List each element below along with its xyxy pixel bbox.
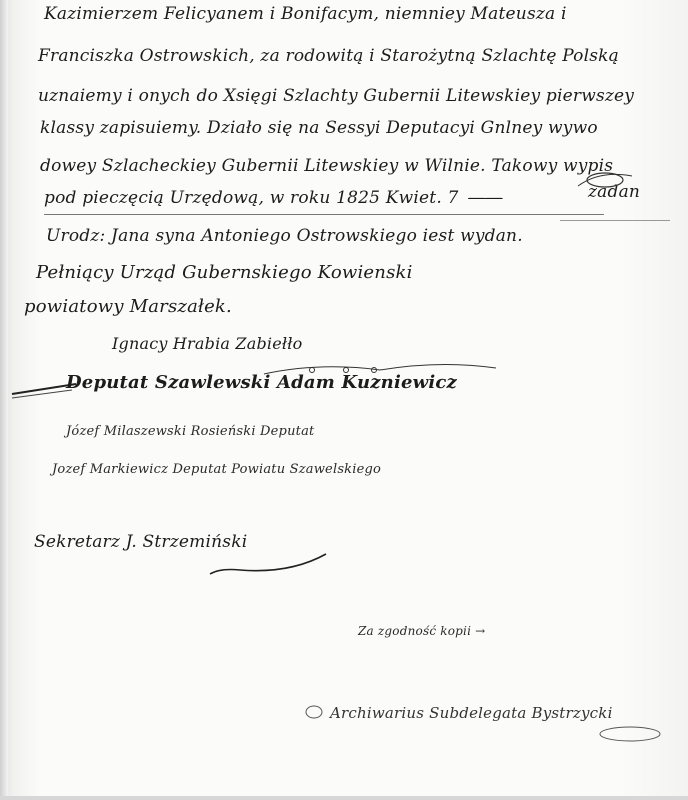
body-line-7: Urodz: Jana syna Antoniego Ostrowskiego … [46, 226, 523, 246]
body-line-6: pod pieczęcią Urzędową, w roku 1825 Kwie… [44, 188, 503, 208]
flourish-loop-icon [570, 168, 640, 192]
divider-rule [44, 214, 604, 215]
seal-circle-icon [300, 700, 330, 724]
body-line-9: powiatowy Marszałek. [24, 296, 232, 317]
date-line: pod pieczęcią Urzędową, w roku 1825 Kwie… [44, 188, 459, 208]
scan-edge-left [0, 0, 8, 800]
annotation-note: Za zgodność kopii → [358, 624, 485, 638]
final-signature: Archiwarius Subdelegata Bystrzycki [330, 704, 613, 722]
signature-underline-icon [200, 548, 330, 578]
document-page: Kazimierzem Felicyanem i Bonifacym, niem… [0, 0, 688, 800]
body-line-3: uznaiemy i onych do Xsięgi Szlachty Gube… [38, 86, 634, 106]
struck-text: —— [468, 188, 502, 208]
signature-milaszewski: Józef Milaszewski Rosieński Deputat [66, 424, 314, 439]
body-line-8: Pełniący Urząd Gubernskiego Kowienski [36, 262, 413, 283]
body-line-2: Franciszka Ostrowskich, za rodowitą i St… [38, 46, 619, 66]
body-line-5: dowey Szlacheckiey Gubernii Litewskiey w… [40, 156, 613, 176]
divider-rule-short [560, 220, 670, 221]
signature-markiewicz: Jozef Markiewicz Deputat Powiatu Szawels… [52, 462, 381, 477]
final-flourish-icon [590, 722, 670, 746]
body-line-1: Kazimierzem Felicyanem i Bonifacym, niem… [44, 4, 567, 24]
scan-edge-bottom [0, 796, 688, 800]
signature-deputat-kuzniewicz: Deputat Szawlewski Adam Kuzniewicz [66, 372, 457, 393]
signature-zabiello: Ignacy Hrabia Zabiełło [112, 334, 303, 353]
body-line-4: klassy zapisuiemy. Działo się na Sessyi … [40, 118, 598, 138]
